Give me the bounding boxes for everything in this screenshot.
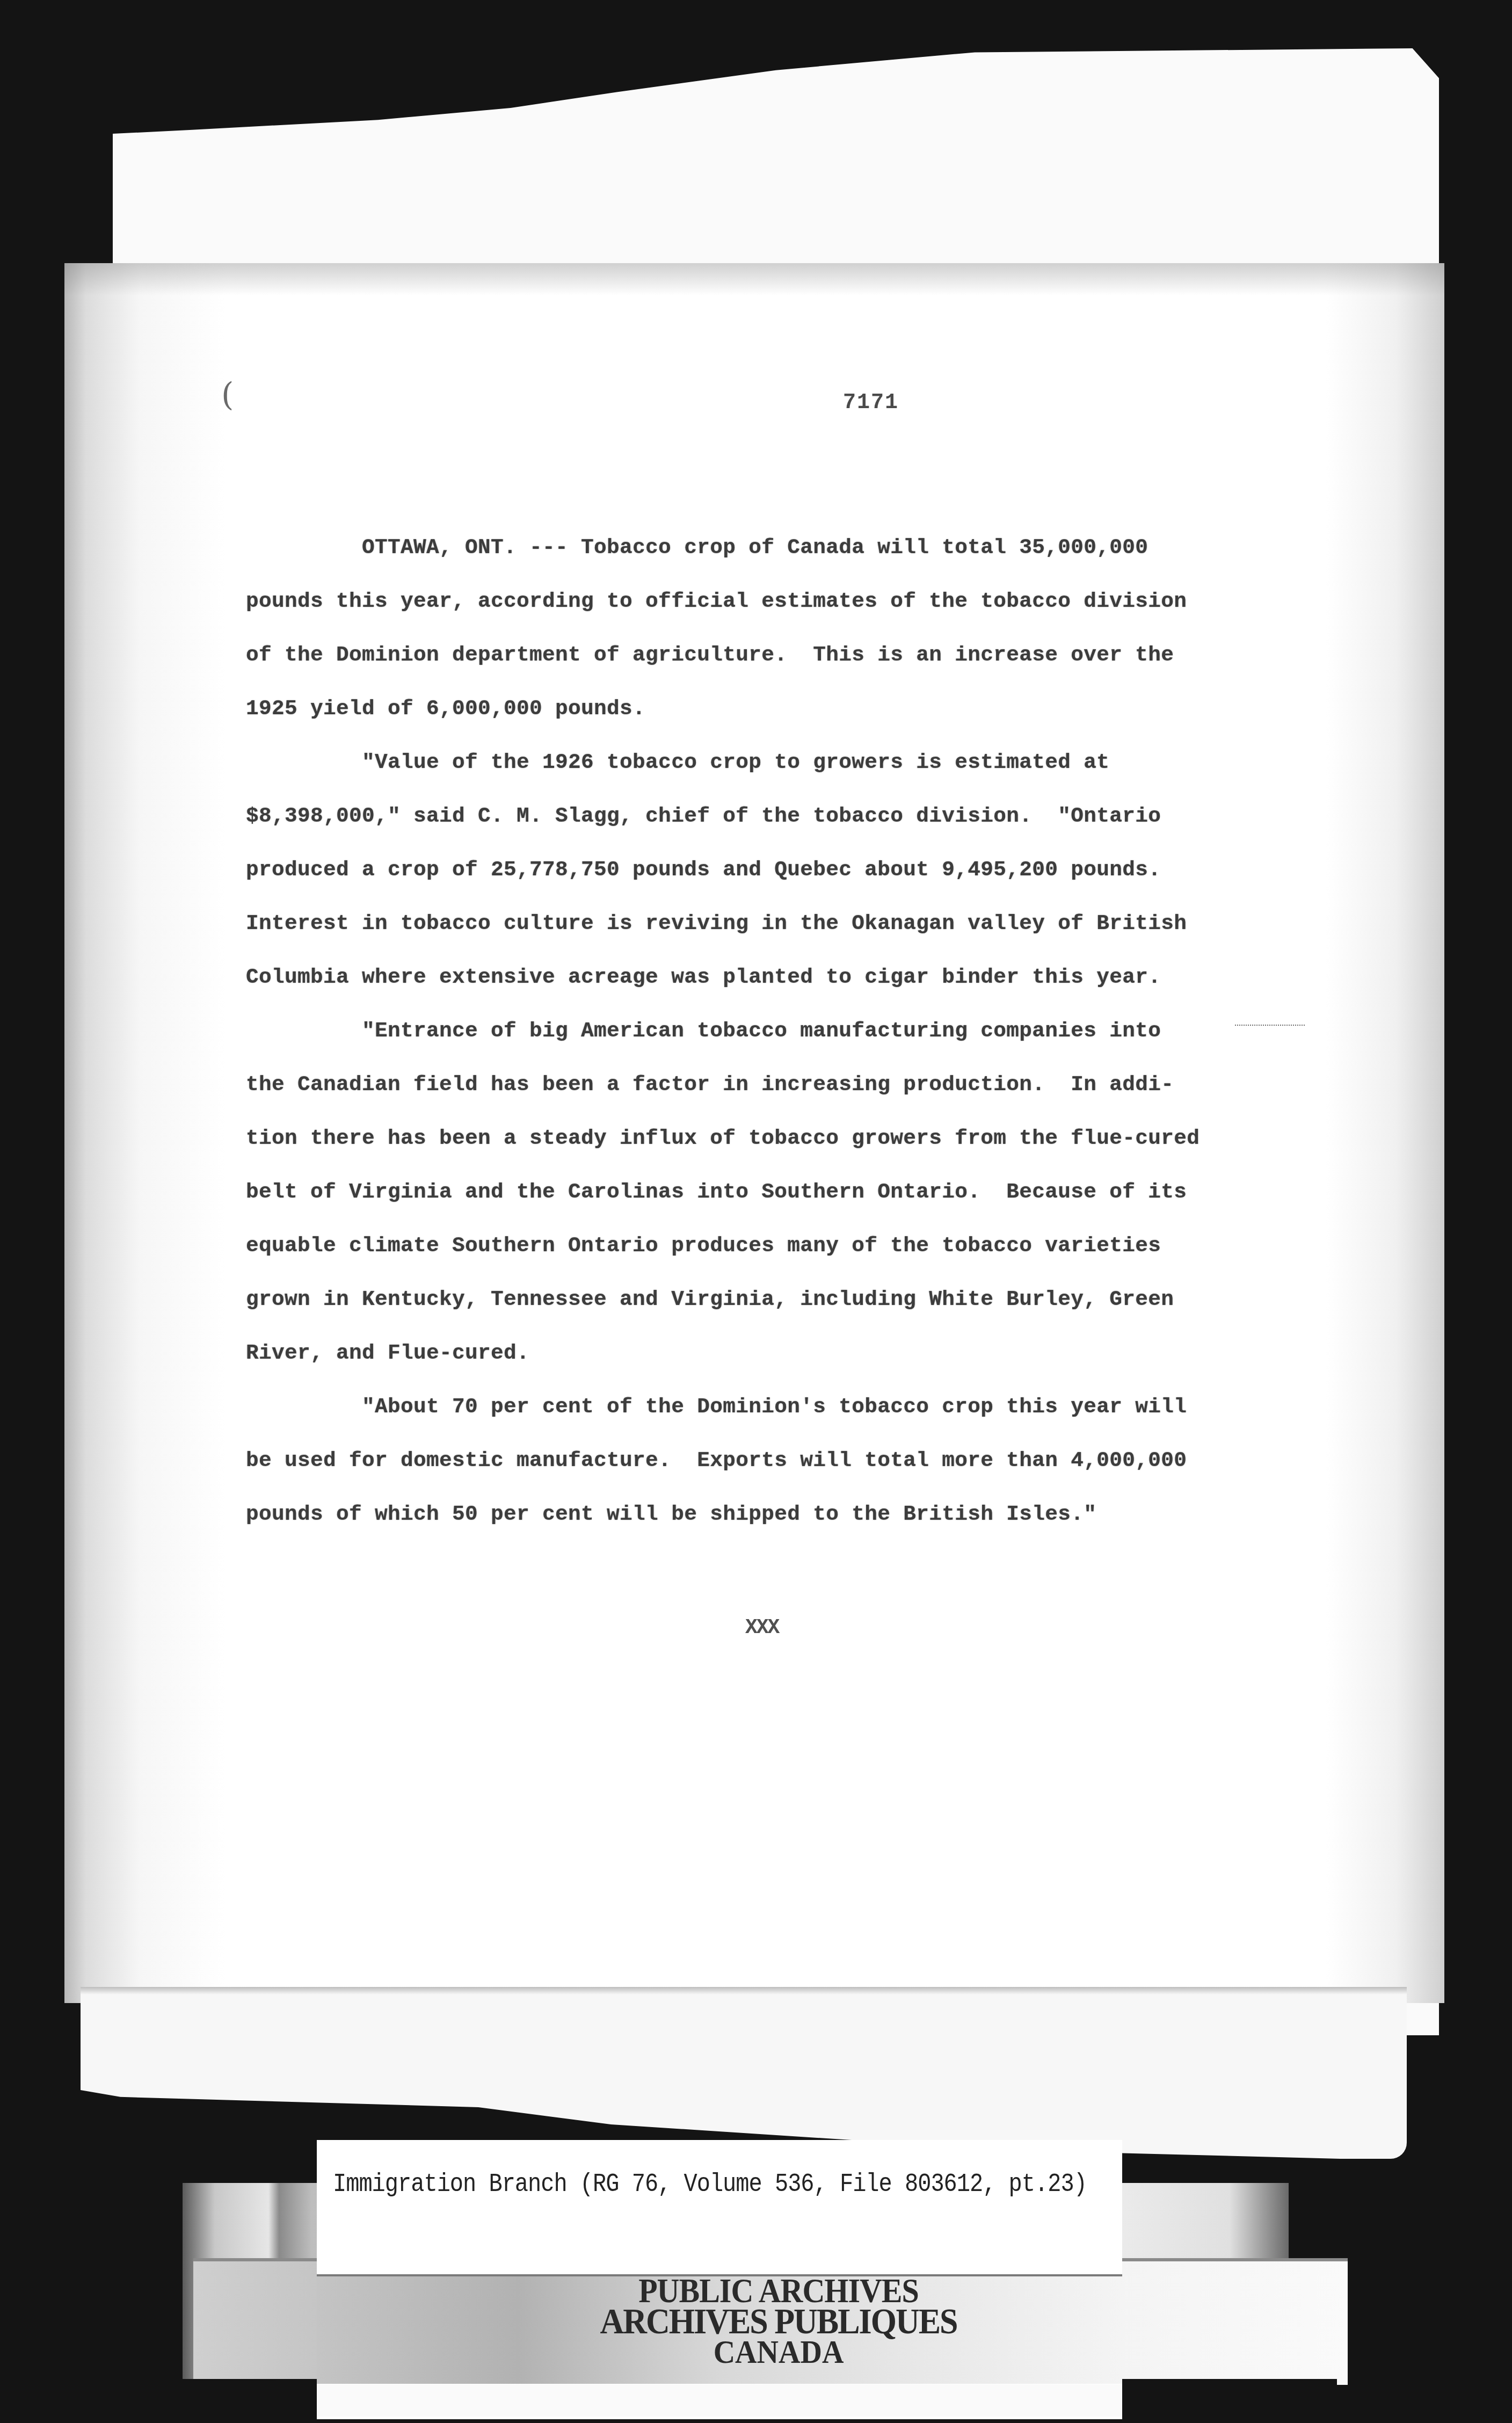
- text-line: OTTAWA, ONT. --- Tobacco crop of Canada …: [246, 521, 1298, 575]
- text-line: Interest in tobacco culture is reviving …: [246, 897, 1298, 951]
- text-line: grown in Kentucky, Tennessee and Virgini…: [246, 1273, 1298, 1326]
- film-border-left: [183, 2379, 317, 2423]
- text-line: 1925 yield of 6,000,000 pounds.: [246, 682, 1298, 736]
- paragraph-3: "Entrance of big American tobacco manufa…: [246, 1004, 1298, 1380]
- text-line: the Canadian field has been a factor in …: [246, 1058, 1298, 1112]
- stray-mark-line: [1235, 1025, 1305, 1026]
- archive-reference-text: Immigration Branch (RG 76, Volume 536, F…: [333, 2170, 1087, 2199]
- text-line: produced a crop of 25,778,750 pounds and…: [246, 843, 1298, 897]
- text-line: of the Dominion department of agricultur…: [246, 628, 1298, 682]
- text-line: pounds of which 50 per cent will be ship…: [246, 1488, 1298, 1541]
- text-line: "Value of the 1926 tobacco crop to growe…: [246, 736, 1298, 789]
- text-line: tion there has been a steady influx of t…: [246, 1112, 1298, 1165]
- text-line: $8,398,000," said C. M. Slagg, chief of …: [246, 789, 1298, 843]
- paragraph-2: "Value of the 1926 tobacco crop to growe…: [246, 736, 1298, 1004]
- text-line: River, and Flue-cured.: [246, 1326, 1298, 1380]
- archive-stamp: PUBLIC ARCHIVES ARCHIVES PUBLIQUES CANAD…: [537, 2275, 1020, 2368]
- film-border-right: [1122, 2379, 1337, 2423]
- text-line: "About 70 per cent of the Dominion's tob…: [246, 1380, 1298, 1434]
- bottom-sheet-strip: [81, 1987, 1407, 2159]
- text-line: "Entrance of big American tobacco manufa…: [246, 1004, 1298, 1058]
- text-line: be used for domestic manufacture. Export…: [246, 1434, 1298, 1488]
- paragraph-1: OTTAWA, ONT. --- Tobacco crop of Canada …: [246, 521, 1298, 736]
- paragraph-4: "About 70 per cent of the Dominion's tob…: [246, 1380, 1298, 1541]
- text-line: equable climate Southern Ontario produce…: [246, 1219, 1298, 1273]
- margin-mark: (: [221, 376, 234, 413]
- end-mark: XXX: [745, 1616, 779, 1639]
- label-bottom-strip: [317, 2384, 1122, 2417]
- text-line: belt of Virginia and the Carolinas into …: [246, 1165, 1298, 1219]
- sheet-edge: [81, 1987, 1407, 1994]
- stamp-line-french: ARCHIVES PUBLIQUES: [537, 2306, 1020, 2337]
- page-number: 7171: [843, 391, 899, 415]
- text-line: Columbia where extensive acreage was pla…: [246, 951, 1298, 1004]
- text-line: pounds this year, according to official …: [246, 575, 1298, 628]
- page-edge-shadow: [64, 263, 1444, 295]
- document-body: OTTAWA, ONT. --- Tobacco crop of Canada …: [246, 521, 1298, 1541]
